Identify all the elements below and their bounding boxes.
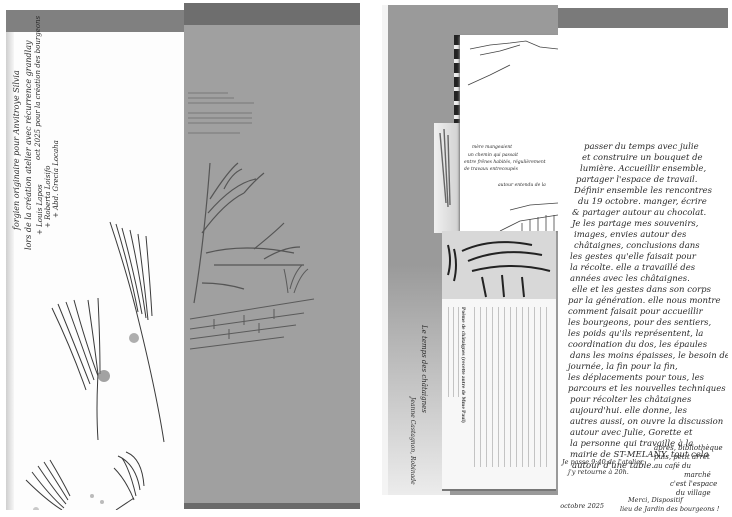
journal-line: parcours et les nouvelles techniques: [568, 384, 728, 395]
panel-gray-tree: [184, 3, 360, 509]
journal-line: Définir ensemble les rencontres: [574, 186, 728, 197]
note-card-line: mère mangeaient: [472, 145, 512, 150]
journal-line: elle et les gestes dans son corps: [572, 285, 728, 296]
signature-line: Merci, Dispositif: [628, 496, 683, 504]
side-note-line: au café du: [654, 462, 728, 471]
panel-collage-booklet: mère mangeaient un chemin qui passait en…: [382, 5, 558, 495]
left-note-line: j'y retourne à 20h.: [568, 468, 629, 476]
journal-line: les bourgeons, pour des sentiers,: [568, 318, 728, 329]
side-note-line: puis, petit arrêt: [654, 453, 728, 462]
booklet-illustration: [442, 231, 556, 299]
note-card-line: entre frênes habités, régulièrement: [464, 160, 546, 165]
panel-handwritten-journal: passer du temps avec julie et construire…: [558, 8, 728, 513]
journal-line: les gestes qu'elle faisait pour: [570, 252, 728, 263]
journal-line: lumière. Accueillir ensemble,: [580, 164, 728, 175]
note-card-line: de travaux entrecoupés: [464, 167, 518, 172]
journal-line: Je les partage mes souvenirs,: [572, 219, 728, 230]
journal-line: années avec les châtaignes.: [570, 274, 728, 285]
journal-line: comment faisait pour accueillir: [568, 307, 728, 318]
booklet-caption-handwritten: Le temps des châtaignes: [420, 325, 428, 413]
journal-line: les poids qu'ils représentent, la: [568, 329, 728, 340]
journal-line: et construire un bouquet de: [582, 153, 728, 164]
journal-date: 3 octobre 2025: [558, 502, 604, 510]
note-card-line: un chemin qui passait: [468, 153, 518, 158]
gray-gradient-lower: [388, 265, 450, 495]
note-card: mère mangeaient un chemin qui passait en…: [460, 35, 558, 231]
panel-sketch-pine: forgien originaire pour Anvitroye Silvia…: [6, 10, 184, 510]
journal-line: la récolte. elle a travaillé des: [570, 263, 728, 274]
journal-line: pour récolter les châtaignes: [570, 395, 728, 406]
journal-line: autres aussi, on ouvre la discussion: [570, 417, 728, 428]
tree-wall-illustration: [184, 3, 360, 509]
journal-line: par la génération. elle nous montre: [568, 296, 728, 307]
booklet-caption-author: Jeanne Castagnon, Robinade: [409, 397, 416, 485]
top-gray-band: [558, 8, 728, 28]
left-note-line: Je passe 9:40 de l'atelier,: [562, 458, 645, 466]
grass-photo-sketch: [434, 123, 460, 233]
side-note-line: marché: [684, 471, 728, 480]
pine-needle-sketch: [6, 10, 184, 510]
journal-line: & partager autour au chocolat.: [572, 208, 728, 219]
booklet-text-lines-left: [448, 307, 462, 397]
dark-ink-drawing: [442, 231, 556, 299]
journal-line: passer du temps avec julie: [584, 142, 728, 153]
journal-line: journée, la fin pour la fin,: [568, 362, 728, 373]
journal-line: du 19 octobre. manger, écrire: [578, 197, 728, 208]
journal-line: châtaignes, conclusions dans: [574, 241, 728, 252]
journal-line: autour avec Julie, Gorette et: [570, 428, 728, 439]
note-card-line: autour entendu de la: [498, 183, 546, 188]
side-note-line: après, bibliothèque: [654, 444, 728, 453]
mountain-line-sketch: [460, 35, 558, 231]
journal-line: coordination du dos, les épaules: [568, 340, 728, 351]
journal-line: aujourd'hui. elle donne, les: [570, 406, 728, 417]
booklet-photo-strip: [434, 123, 460, 233]
journal-line: les déplacements pour tous, les: [568, 373, 728, 384]
journal-line: partager l'espace de travail.: [576, 175, 728, 186]
journal-line: images, envies autour des: [574, 230, 728, 241]
side-note: après, bibliothèque puis, petit arrêt au…: [654, 444, 728, 498]
signature-line: lieu de Jardin des bourgeons !: [620, 505, 719, 513]
side-note-line: c'est l'espace: [670, 480, 728, 489]
journal-line: dans les moins épaisses, le besoin de: [570, 351, 728, 362]
journal-body: passer du temps avec julie et construire…: [564, 142, 728, 472]
booklet-page: Poème de châtaignes (recette autre de Mm…: [442, 299, 556, 491]
side-note-line: du village: [676, 489, 728, 498]
booklet-text-lines: [474, 307, 550, 467]
